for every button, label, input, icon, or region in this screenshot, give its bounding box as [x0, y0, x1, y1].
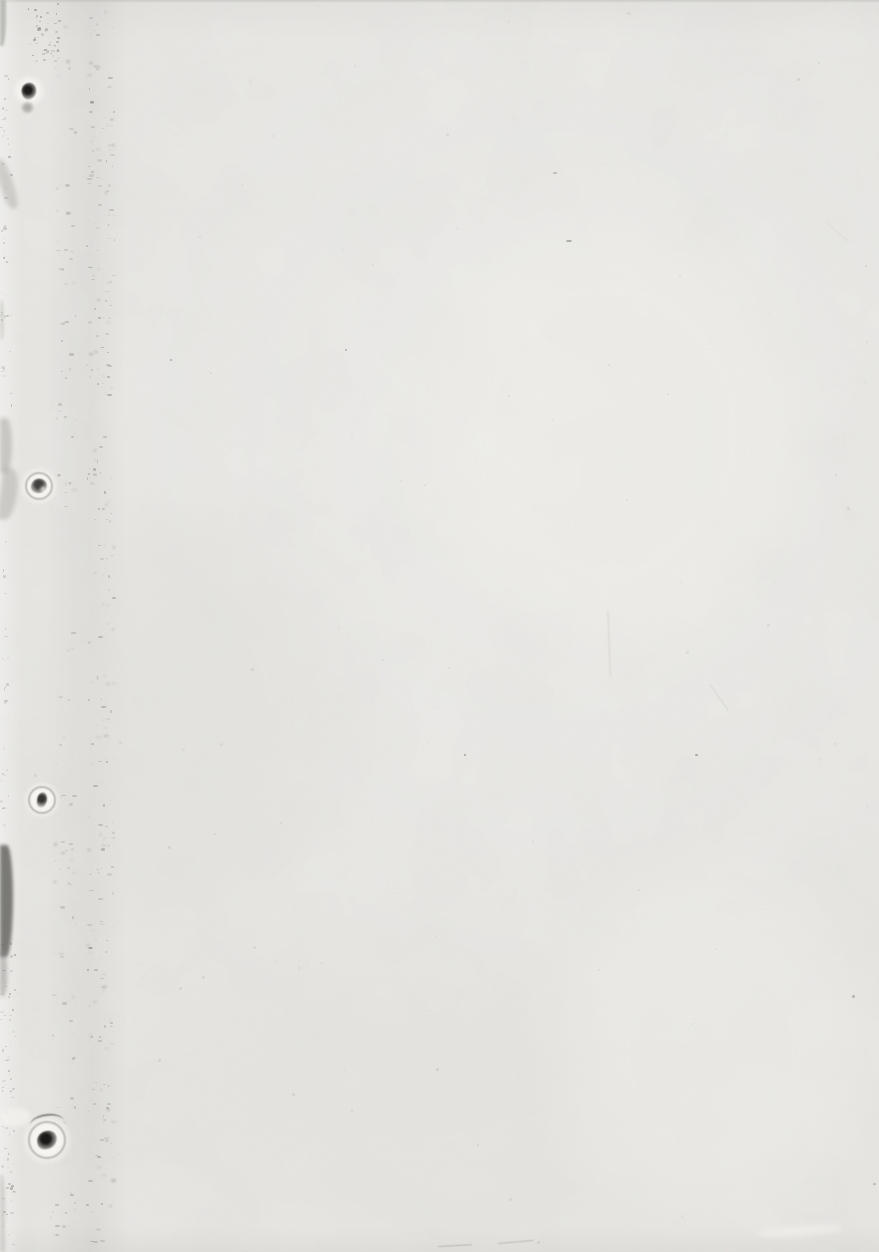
- ink-ghost-speck: [91, 244, 93, 246]
- ink-ghost-speck: [102, 508, 105, 510]
- edge-speck: [3, 227, 7, 229]
- edge-speck: [10, 970, 13, 972]
- edge-speck: [34, 9, 37, 11]
- ink-ghost-speck: [108, 224, 110, 226]
- ink-ghost-speck: [107, 376, 110, 378]
- paper-fleck: [400, 480, 402, 482]
- edge-speck: [9, 1133, 11, 1135]
- ink-ghost-speck: [104, 491, 106, 493]
- edge-speck: [5, 315, 9, 317]
- ink-ghost-speck: [68, 1001, 71, 1002]
- ink-ghost-speck: [97, 383, 99, 385]
- ink-ghost-speck: [111, 1121, 116, 1123]
- paper-fleck: [686, 651, 689, 654]
- ink-ghost-speck: [103, 990, 104, 993]
- ink-ghost-speck: [108, 575, 110, 578]
- edge-speck: [27, 9, 31, 10]
- paper-fleck: [865, 265, 867, 267]
- ink-ghost-speck: [74, 1209, 76, 1211]
- paper-fleck: [569, 101, 571, 103]
- ink-ghost-speck: [104, 1025, 106, 1028]
- edge-speck: [51, 50, 55, 52]
- edge-speck: [12, 1088, 16, 1090]
- paper-fleck: [134, 451, 135, 452]
- edge-speck: [1, 230, 3, 232]
- edge-speck: [50, 53, 52, 54]
- ink-ghost-speck: [65, 850, 69, 852]
- ink-ghost-speck: [67, 867, 71, 870]
- edge-speck: [6, 1187, 10, 1189]
- paper-fleck: [183, 1231, 184, 1232]
- ink-ghost-speck: [56, 75, 61, 77]
- paper-fleck: [830, 716, 832, 718]
- ink-ghost-speck: [54, 843, 58, 846]
- ink-ghost-speck: [72, 1057, 76, 1060]
- paper-fleck: [692, 1023, 694, 1025]
- paper-fleck: [210, 372, 212, 374]
- paper-fleck: [636, 699, 637, 700]
- ink-ghost-speck: [60, 859, 62, 861]
- ink-ghost-speck: [71, 996, 76, 998]
- edge-speck: [1, 371, 4, 373]
- paper-fleck: [863, 381, 866, 384]
- ink-ghost-speck: [110, 710, 111, 713]
- paper-fleck: [550, 1089, 552, 1091]
- ink-ghost-speck: [70, 1194, 74, 1197]
- paper-crease: [710, 684, 729, 711]
- paper-fleck: [866, 805, 868, 807]
- ink-ghost-speck: [96, 869, 99, 870]
- ink-ghost-speck: [72, 872, 75, 874]
- ink-ghost-speck: [104, 759, 107, 760]
- ink-ghost-speck: [57, 410, 62, 412]
- ink-ghost-speck: [107, 86, 112, 88]
- paper-fleck: [354, 65, 356, 67]
- edge-speck: [9, 1074, 10, 1076]
- edge-speck: [37, 37, 39, 38]
- edge-speck: [11, 1185, 14, 1187]
- ink-ghost-speck: [57, 921, 58, 923]
- ink-ghost-speck: [59, 268, 61, 270]
- paper-fleck: [214, 833, 216, 835]
- ink-ghost-speck: [110, 513, 112, 515]
- ink-ghost-speck: [111, 800, 112, 801]
- edge-speck: [8, 1234, 10, 1237]
- edge-speck: [47, 23, 49, 25]
- ink-ghost-speck: [106, 558, 107, 559]
- ink-ghost-speck: [89, 174, 94, 177]
- ink-ghost-speck: [108, 184, 111, 187]
- ink-ghost-speck: [110, 1022, 114, 1024]
- ink-ghost-speck: [114, 189, 115, 191]
- ink-ghost-speck: [109, 209, 114, 212]
- ink-ghost-speck: [112, 821, 114, 824]
- edge-speck: [58, 20, 61, 22]
- paper-fleck: [448, 667, 450, 669]
- paper-fleck: [446, 133, 449, 136]
- ink-ghost-speck: [58, 403, 62, 406]
- paper-fleck: [29, 17, 31, 19]
- edge-speck: [0, 1019, 2, 1020]
- edge-blotch: [0, 1175, 5, 1252]
- ink-ghost-speck: [88, 473, 90, 475]
- edge-speck: [43, 59, 46, 62]
- edge-speck: [9, 1015, 12, 1017]
- ink-ghost-speck: [67, 649, 69, 651]
- ink-ghost-speck: [98, 545, 102, 546]
- dust-speck: [345, 349, 347, 351]
- ink-ghost-speck: [99, 472, 102, 475]
- edge-speck: [4, 238, 5, 240]
- ink-ghost-speck: [72, 282, 75, 284]
- paper-fleck: [618, 932, 620, 934]
- ink-ghost-speck: [89, 1005, 90, 1007]
- edge-speck: [11, 1200, 12, 1202]
- edge-speck: [48, 44, 51, 47]
- edge-speck: [41, 33, 44, 36]
- ink-ghost-speck: [106, 683, 110, 685]
- ink-ghost-speck: [88, 267, 93, 268]
- ink-ghost-speck: [69, 368, 71, 371]
- ink-ghost-speck: [103, 838, 106, 841]
- punch-hole-shadow: [21, 101, 34, 113]
- ink-ghost-speck: [104, 154, 106, 157]
- ink-ghost-speck: [112, 275, 116, 276]
- ink-ghost-speck: [96, 335, 99, 338]
- ink-ghost-speck: [68, 699, 70, 701]
- edge-speck: [57, 49, 59, 52]
- ink-ghost-speck: [108, 1085, 109, 1087]
- edge-speck: [4, 225, 6, 227]
- ink-ghost-speck: [65, 321, 69, 323]
- ink-ghost-speck: [96, 34, 100, 37]
- edge-speck-cluster: [0, 560, 10, 820]
- paper-fleck: [606, 163, 608, 165]
- edge-blotch: [0, 950, 7, 996]
- ink-ghost-speck: [99, 1036, 101, 1038]
- ink-ghost-speck: [62, 1002, 67, 1005]
- ink-ghost-speck: [88, 1042, 91, 1043]
- paper-fleck: [767, 624, 770, 627]
- ink-ghost-speck: [74, 1106, 77, 1109]
- edge-speck: [3, 569, 5, 572]
- ink-ghost-speck: [108, 77, 112, 79]
- ink-ghost-speck: [100, 978, 104, 980]
- ink-ghost-speck: [59, 185, 63, 187]
- ink-ghost-speck: [97, 299, 100, 301]
- ink-ghost-speck: [96, 149, 100, 151]
- dust-speck: [553, 172, 557, 174]
- ink-ghost-speck: [95, 561, 97, 562]
- edge-speck: [0, 1011, 4, 1013]
- ink-ghost-speck: [88, 166, 90, 167]
- ink-ghost-speck: [106, 940, 108, 942]
- ink-ghost-speck: [103, 1084, 106, 1085]
- paper-fleck: [179, 987, 182, 990]
- paper-fleck: [370, 820, 373, 823]
- edge-speck: [6, 683, 9, 686]
- ink-ghost-speck: [107, 873, 111, 876]
- edge-blotch: [0, 300, 4, 340]
- paper-fleck: [88, 641, 91, 644]
- page-top-edge-shadow: [0, 0, 879, 3]
- paper-fleck: [214, 231, 216, 233]
- ink-ghost-speck: [64, 416, 68, 417]
- dust-speck: [695, 754, 698, 756]
- edge-speck: [44, 49, 47, 50]
- edge-speck: [40, 16, 42, 18]
- paper-fleck: [253, 946, 256, 949]
- ink-ghost-speck: [107, 1109, 110, 1110]
- ink-ghost-speck: [88, 699, 91, 701]
- paper-fleck: [175, 133, 177, 135]
- ink-ghost-speck: [59, 696, 63, 697]
- ink-ghost-speck: [87, 924, 92, 927]
- ink-ghost-speck: [107, 281, 112, 284]
- ink-ghost-speck: [103, 804, 106, 807]
- paper-crease: [438, 1244, 472, 1247]
- edge-speck: [2, 1126, 4, 1128]
- ink-ghost-speck: [60, 956, 65, 958]
- ink-ghost-speck: [71, 225, 74, 228]
- paper-fleck: [119, 741, 122, 744]
- paper-fleck: [436, 1068, 439, 1071]
- ink-ghost-speck: [87, 969, 89, 970]
- ink-ghost-speck: [109, 1019, 111, 1022]
- ink-ghost-speck: [101, 987, 104, 989]
- ink-ghost-speck: [73, 993, 74, 994]
- paper-fleck: [318, 5, 320, 7]
- ink-ghost-speck: [92, 150, 94, 152]
- ink-ghost-speck: [110, 1026, 113, 1028]
- ink-ghost-speck: [96, 69, 99, 71]
- ink-ghost-speck: [88, 816, 90, 818]
- paper-fleck: [351, 1110, 353, 1112]
- ink-ghost-speck: [101, 698, 102, 700]
- ink-ghost-speck: [89, 874, 92, 875]
- ink-ghost-speck: [71, 489, 72, 491]
- paper-fleck: [342, 249, 344, 251]
- paper-fleck: [524, 126, 525, 127]
- dust-speck: [170, 359, 172, 361]
- ink-ghost-speck: [65, 184, 70, 187]
- ghost-text-band: [86, 8, 116, 1248]
- ink-ghost-speck: [92, 136, 96, 138]
- paper-fleck: [847, 507, 850, 510]
- paper-fleck: [683, 734, 684, 735]
- ink-ghost-speck: [113, 111, 115, 114]
- paper-fleck: [140, 963, 143, 966]
- ink-ghost-speck: [56, 355, 60, 356]
- ink-ghost-speck: [109, 125, 113, 127]
- ink-ghost-speck: [110, 1043, 115, 1045]
- ink-ghost-speck: [94, 30, 96, 31]
- ink-ghost-speck: [105, 605, 110, 606]
- ink-ghost-speck: [98, 317, 101, 319]
- ink-ghost-speck: [63, 322, 65, 324]
- ink-ghost-speck: [63, 26, 68, 28]
- paper-fleck: [168, 846, 171, 849]
- edge-speck: [4, 1015, 6, 1017]
- ink-ghost-speck: [93, 785, 98, 787]
- ink-ghost-speck: [107, 144, 112, 147]
- ink-ghost-speck: [69, 843, 73, 845]
- edge-speck: [3, 242, 5, 244]
- ink-ghost-speck: [107, 16, 109, 17]
- paper-fleck: [86, 364, 88, 366]
- ink-ghost-speck: [105, 951, 108, 953]
- ink-ghost-speck: [89, 111, 93, 113]
- ink-ghost-speck: [105, 974, 106, 976]
- ink-ghost-speck: [52, 667, 54, 670]
- ink-ghost-speck: [98, 204, 102, 207]
- ink-ghost-speck: [100, 737, 101, 739]
- ink-ghost-speck: [96, 725, 99, 727]
- edge-speck: [11, 1097, 14, 1099]
- paper-fleck: [105, 727, 107, 729]
- edge-speck: [34, 17, 38, 20]
- ink-ghost-speck: [100, 178, 102, 180]
- ink-ghost-speck: [89, 947, 92, 949]
- ink-ghost-speck: [103, 1115, 104, 1118]
- ink-ghost-speck: [107, 1103, 112, 1106]
- ink-ghost-speck: [92, 1089, 96, 1090]
- ink-ghost-speck: [104, 11, 107, 14]
- paper-fleck: [435, 936, 437, 938]
- paper-fleck: [667, 393, 669, 395]
- ink-ghost-speck: [87, 477, 89, 480]
- ink-ghost-speck: [71, 436, 73, 439]
- edge-speck: [56, 41, 59, 44]
- paper-fleck: [34, 719, 36, 721]
- ink-ghost-speck: [100, 780, 102, 782]
- ink-ghost-speck: [104, 117, 106, 119]
- ink-ghost-speck: [114, 239, 115, 241]
- ink-ghost-speck: [105, 392, 106, 395]
- paper-fleck: [708, 813, 710, 815]
- ink-ghost-speck: [96, 620, 97, 622]
- ink-ghost-speck: [111, 866, 115, 868]
- ink-ghost-speck: [112, 892, 115, 895]
- ink-ghost-speck: [98, 824, 102, 826]
- ink-ghost-speck: [90, 33, 91, 36]
- ink-ghost-speck: [89, 353, 94, 356]
- edge-speck: [0, 800, 3, 803]
- edge-speck: [10, 314, 12, 317]
- ink-ghost-speck: [113, 1157, 114, 1158]
- edge-speck: [0, 621, 3, 623]
- edge-speck: [10, 1171, 12, 1173]
- ink-ghost-speck: [108, 993, 110, 995]
- edge-speck: [5, 1127, 8, 1129]
- ink-ghost-speck: [98, 636, 103, 638]
- ink-ghost-speck: [98, 508, 100, 510]
- ink-ghost-speck: [105, 826, 108, 828]
- paper-fleck: [158, 1059, 161, 1062]
- ink-ghost-speck: [89, 468, 90, 470]
- paper-fleck: [731, 1212, 732, 1213]
- ink-ghost-speck: [97, 460, 98, 463]
- ink-ghost-speck: [94, 969, 98, 972]
- edge-speck: [7, 138, 9, 140]
- ink-ghost-speck: [97, 1167, 100, 1169]
- ink-ghost-speck: [112, 683, 115, 685]
- paper-fleck: [673, 621, 674, 622]
- ink-ghost-speck: [94, 222, 95, 225]
- ink-ghost-speck: [97, 872, 100, 874]
- edge-speck: [32, 55, 34, 56]
- ink-ghost-speck: [97, 250, 99, 251]
- ink-ghost-speck: [108, 214, 110, 216]
- ink-ghost-speck: [89, 376, 91, 378]
- ink-ghost-speck: [87, 849, 91, 851]
- paper-fleck: [220, 743, 223, 746]
- paper-fleck: [222, 960, 223, 961]
- edge-speck: [10, 1212, 14, 1215]
- ink-ghost-speck: [113, 214, 115, 216]
- ink-ghost-speck: [112, 166, 113, 167]
- ink-ghost-speck: [66, 60, 70, 63]
- edge-speck: [2, 1049, 3, 1052]
- edge-speck: [0, 780, 2, 782]
- ink-ghost-speck: [59, 744, 63, 746]
- edge-speck: [6, 261, 8, 263]
- edge-speck: [6, 769, 8, 771]
- edge-speck: [11, 404, 12, 406]
- paper-fleck: [427, 741, 429, 743]
- ink-ghost-speck: [72, 795, 76, 798]
- ink-ghost-speck: [100, 1089, 102, 1091]
- paper-fleck: [272, 135, 274, 137]
- ink-ghost-speck: [59, 953, 64, 956]
- paper-tone-patch: [560, 880, 860, 1210]
- ink-ghost-speck: [87, 8, 88, 9]
- edge-speck: [14, 989, 16, 991]
- edge-speck: [42, 53, 45, 56]
- ink-ghost-speck: [101, 867, 102, 869]
- ink-ghost-speck: [71, 1033, 74, 1034]
- ink-ghost-speck: [54, 953, 55, 956]
- ink-ghost-speck: [65, 377, 68, 379]
- ink-ghost-speck: [102, 383, 104, 384]
- edge-speck: [4, 294, 7, 296]
- edge-speck: [9, 1019, 11, 1021]
- edge-speck: [7, 657, 9, 659]
- ink-ghost-speck: [54, 860, 57, 862]
- edge-speck: [33, 39, 36, 42]
- edge-speck: [2, 156, 4, 157]
- edge-speck: [8, 723, 10, 725]
- ink-ghost-speck: [106, 718, 110, 721]
- ink-ghost-speck: [102, 317, 105, 318]
- edge-speck: [2, 1080, 6, 1082]
- ink-ghost-speck: [89, 17, 92, 19]
- ink-ghost-speck: [100, 558, 105, 561]
- ink-ghost-speck: [95, 66, 100, 69]
- ink-ghost-speck: [103, 1210, 105, 1211]
- ink-ghost-speck: [105, 291, 109, 292]
- ink-ghost-speck: [109, 1205, 112, 1207]
- ink-ghost-speck: [92, 930, 94, 931]
- paper-fleck: [818, 62, 820, 64]
- ink-ghost-speck: [94, 519, 95, 520]
- edge-speck: [7, 1056, 10, 1059]
- ink-ghost-speck: [64, 506, 68, 507]
- ink-ghost-speck: [107, 844, 110, 847]
- ink-ghost-speck: [71, 251, 74, 253]
- ink-ghost-speck: [69, 258, 73, 261]
- ink-ghost-speck: [53, 1035, 54, 1036]
